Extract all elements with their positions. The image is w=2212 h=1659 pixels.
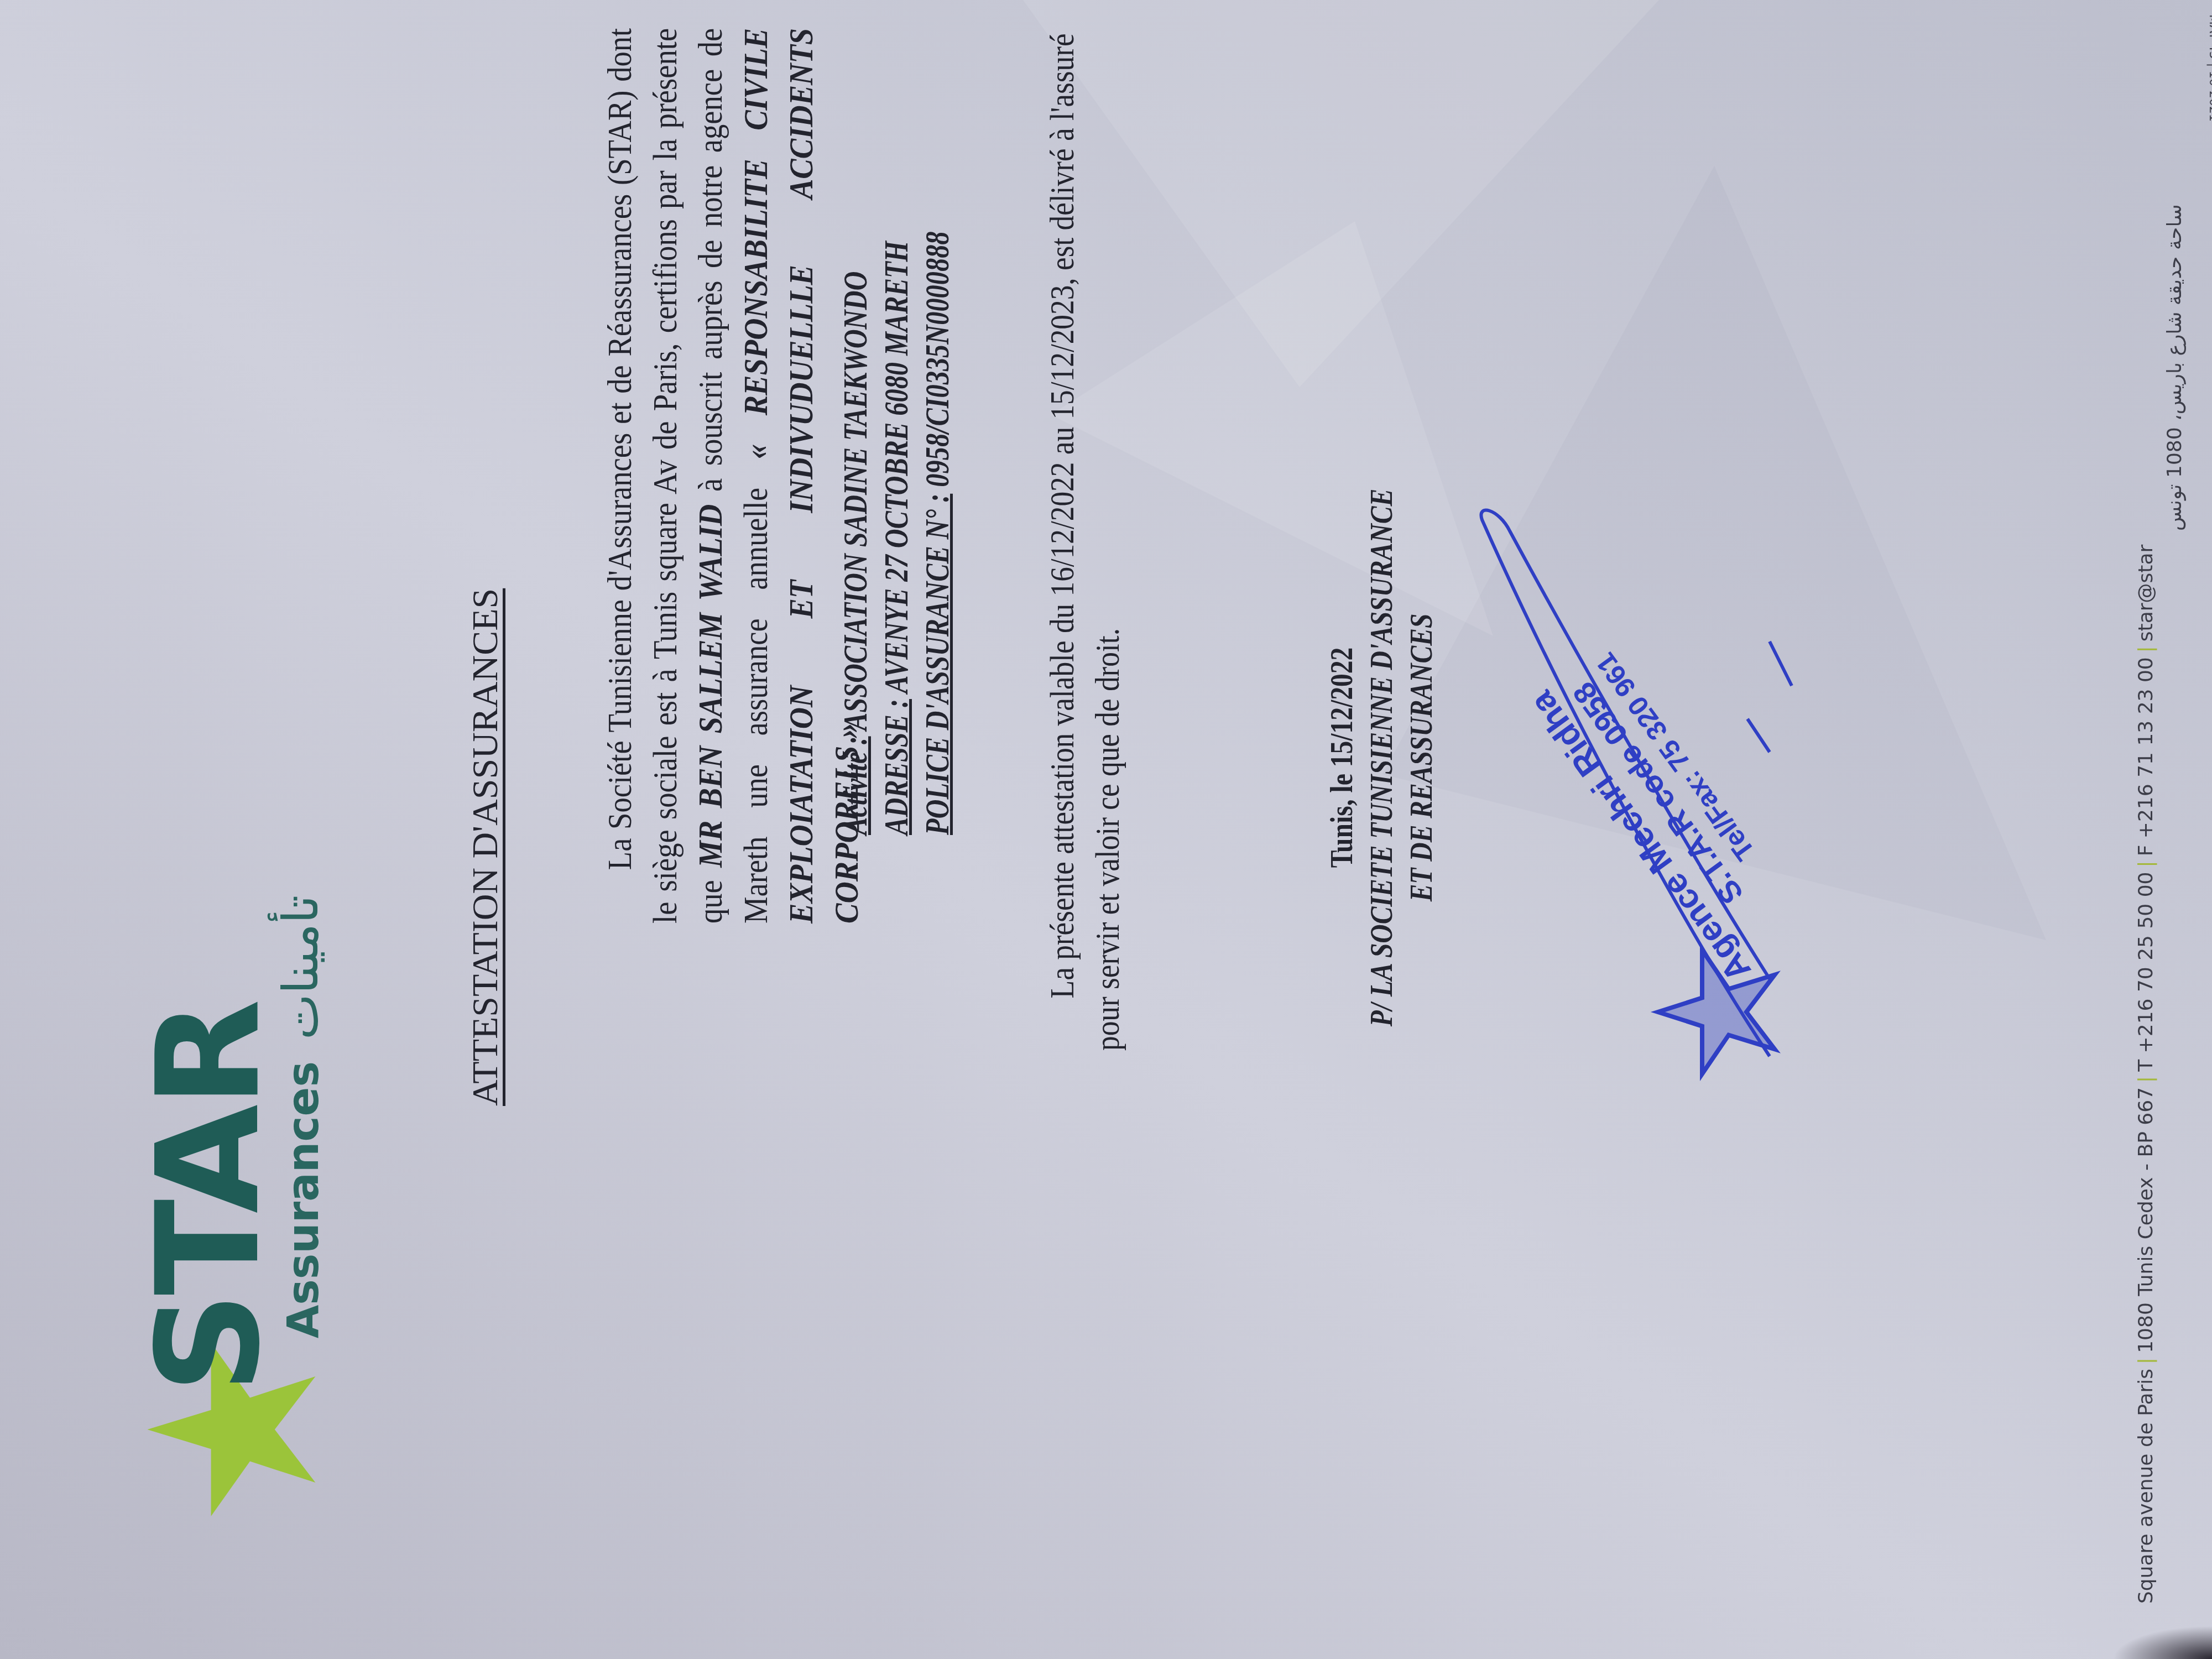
signature-company: P/ LA SOCIETE TUNISIENNE D'ASSURANCE [1361,463,1401,1052]
footer-arabic-line: ساحة حديقة شارع باريس، 1080 تونس [2163,204,2186,531]
detail-label: ADRESSE : [878,699,915,835]
policy-details: Activité : ASSOCIATION SADINE TAEKWONDO … [835,15,958,835]
footer-phone: T +216 70 25 50 00 [2135,872,2157,1071]
detail-value: AVENYE 27 OCTOBRE 6080 MARETH [878,241,915,699]
detail-label: Activité : [837,736,874,835]
validity-paragraph: La présente attestation valable du 16/12… [1040,28,1130,1051]
signature-marks [1747,641,1792,752]
logo-wordmark: STAR [138,1002,279,1394]
signature-block: Tunis, le 15/12/2022 P/ LA SOCIETE TUNIS… [1322,463,1441,1052]
form-code: MAT 45 | 10-2021 [2206,14,2212,122]
detail-policy-number: POLICE D'ASSURANCE N° : 0958/CI0335N0000… [917,15,958,835]
detail-label: POLICE D'ASSURANCE N° : [919,494,956,835]
insured-name: MR BEN SALLEM WALID [692,504,729,868]
agency-stamp: Agence Mechri Ridha S.T.A.R code 0958 Te… [1460,498,1847,1106]
detail-activity: Activité : ASSOCIATION SADINE TAEKWONDO [835,15,876,835]
detail-value: ASSOCIATION SADINE TAEKWONDO [837,272,874,737]
signature-company: ET DE REASSURANCES [1401,463,1441,1052]
logo-arabic: تأمينات [276,895,325,1040]
validity-text: La présente attestation valable du 16/12… [1044,33,1126,1051]
document-title: ATTESTATION D'ASSURANCES [465,276,507,1106]
star-logo: STAR Assurances تأمينات [138,857,348,1521]
footer-arabic-address: ساحة حديقة شارع باريس، 1080 تونس [2163,204,2186,531]
logo-subtitle: Assurances [282,1061,325,1338]
letterhead-footer: Square avenue de Paris|1080 Tunis Cedex … [2135,0,2212,1604]
attestation-document: STAR Assurances تأمينات ATTESTATION D'AS… [0,0,2212,1659]
detail-value: 0958/CI0335N0000888 [919,232,956,494]
photo-shadow [2112,1626,2212,1659]
detail-address: ADRESSE : AVENYE 27 OCTOBRE 6080 MARETH [876,15,917,835]
certification-paragraph: La Société Tunisienne d'Assurances et de… [597,28,869,924]
footer-address: Square avenue de Paris [2135,1369,2157,1604]
signature-date: Tunis, le 15/12/2022 [1322,463,1361,1052]
footer-city: 1080 Tunis Cedex - BP 667 [2135,1087,2157,1353]
footer-contact-line: Square avenue de Paris|1080 Tunis Cedex … [2135,545,2157,1604]
footer-email[interactable]: star@star [2135,545,2157,641]
footer-fax: F +216 71 13 23 00 [2135,657,2157,856]
